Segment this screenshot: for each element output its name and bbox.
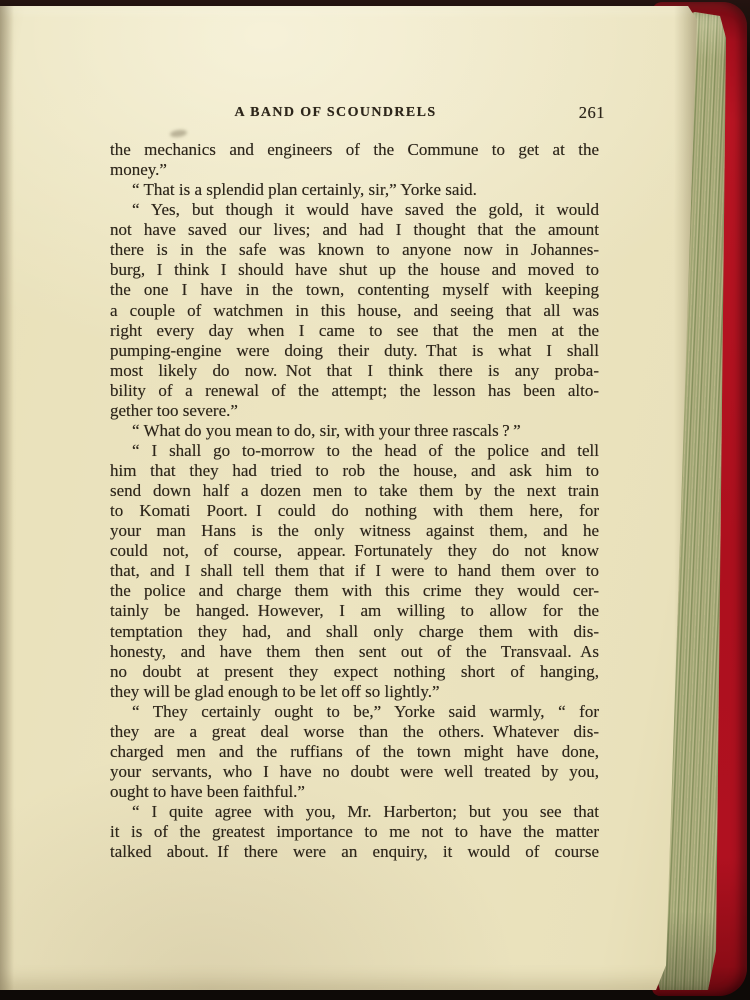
text-line: tainly be hanged. However, I am willing …	[110, 601, 599, 621]
text-line: your man Hans is the only witness agains…	[110, 521, 599, 541]
text-line: right every day when I came to see that …	[110, 321, 599, 341]
text-line: bility of a renewal of the attempt; the …	[110, 381, 599, 401]
text-line: most likely do now. Not that I think the…	[110, 361, 599, 381]
text-line: it is of the greatest importance to me n…	[110, 822, 599, 842]
text-line: your servants, who I have no doubt were …	[110, 762, 599, 782]
text-line: that, and I shall tell them that if I we…	[110, 561, 599, 581]
text-block: the mechanics and engineers of the Commu…	[110, 140, 599, 862]
text-line: they will be glad enough to be let off s…	[110, 682, 599, 702]
text-line: not have saved our lives; and had I thou…	[110, 220, 599, 240]
text-line: could not, of course, appear. Fortunatel…	[110, 541, 599, 561]
paragraph: “ I quite agree with you, Mr. Harberton;…	[110, 802, 599, 862]
paragraph: “ What do you mean to do, sir, with your…	[110, 421, 599, 441]
text-line: send down half a dozen men to take them …	[110, 481, 599, 501]
book-photo: A BAND OF SCOUNDRELS 261 the mechanics a…	[0, 0, 750, 1000]
page-number: 261	[579, 103, 605, 123]
text-line: a couple of watchmen in this house, and …	[110, 301, 599, 321]
text-line: money.”	[110, 160, 599, 180]
paragraph: “ Yes, but though it would have saved th…	[110, 200, 599, 421]
paragraph: “ That is a splendid plan certainly, sir…	[110, 180, 599, 200]
text-line: no doubt at present they expect nothing …	[110, 662, 599, 682]
text-line: the police and charge them with this cri…	[110, 581, 599, 601]
text-line: the one I have in the town, contenting m…	[110, 280, 599, 300]
text-line: burg, I think I should have shut up the …	[110, 260, 599, 280]
text-line: pumping-engine were doing their duty. Th…	[110, 341, 599, 361]
text-line: “ I shall go to-morrow to the head of th…	[110, 441, 599, 461]
paragraph: the mechanics and engineers of the Commu…	[110, 140, 599, 180]
text-line: “ That is a splendid plan certainly, sir…	[110, 180, 599, 200]
text-line: honesty, and have them then sent out of …	[110, 642, 599, 662]
text-line: “ Yes, but though it would have saved th…	[110, 200, 599, 220]
text-line: “ They certainly ought to be,” Yorke sai…	[110, 702, 599, 722]
text-line: ought to have been faithful.”	[110, 782, 599, 802]
text-line: talked about. If there were an enquiry, …	[110, 842, 599, 862]
book-page: A BAND OF SCOUNDRELS 261 the mechanics a…	[0, 6, 700, 990]
text-line: “ I quite agree with you, Mr. Harberton;…	[110, 802, 599, 822]
text-line: him that they had tried to rob the house…	[110, 461, 599, 481]
running-title: A BAND OF SCOUNDRELS	[91, 105, 580, 121]
text-line: the mechanics and engineers of the Commu…	[110, 140, 599, 160]
text-line: to Komati Poort. I could do nothing with…	[110, 501, 599, 521]
paragraph: “ I shall go to-morrow to the head of th…	[110, 441, 599, 702]
text-line: charged men and the ruffians of the town…	[110, 742, 599, 762]
page-header: A BAND OF SCOUNDRELS 261	[110, 103, 599, 125]
text-line: they are a great deal worse than the oth…	[110, 722, 599, 742]
text-line: “ What do you mean to do, sir, with your…	[110, 421, 599, 441]
ink-smudge	[170, 129, 188, 138]
text-line: temptation they had, and shall only char…	[110, 622, 599, 642]
paragraph: “ They certainly ought to be,” Yorke sai…	[110, 702, 599, 802]
text-line: gether too severe.”	[110, 401, 599, 421]
text-line: there is in the safe was known to anyone…	[110, 240, 599, 260]
